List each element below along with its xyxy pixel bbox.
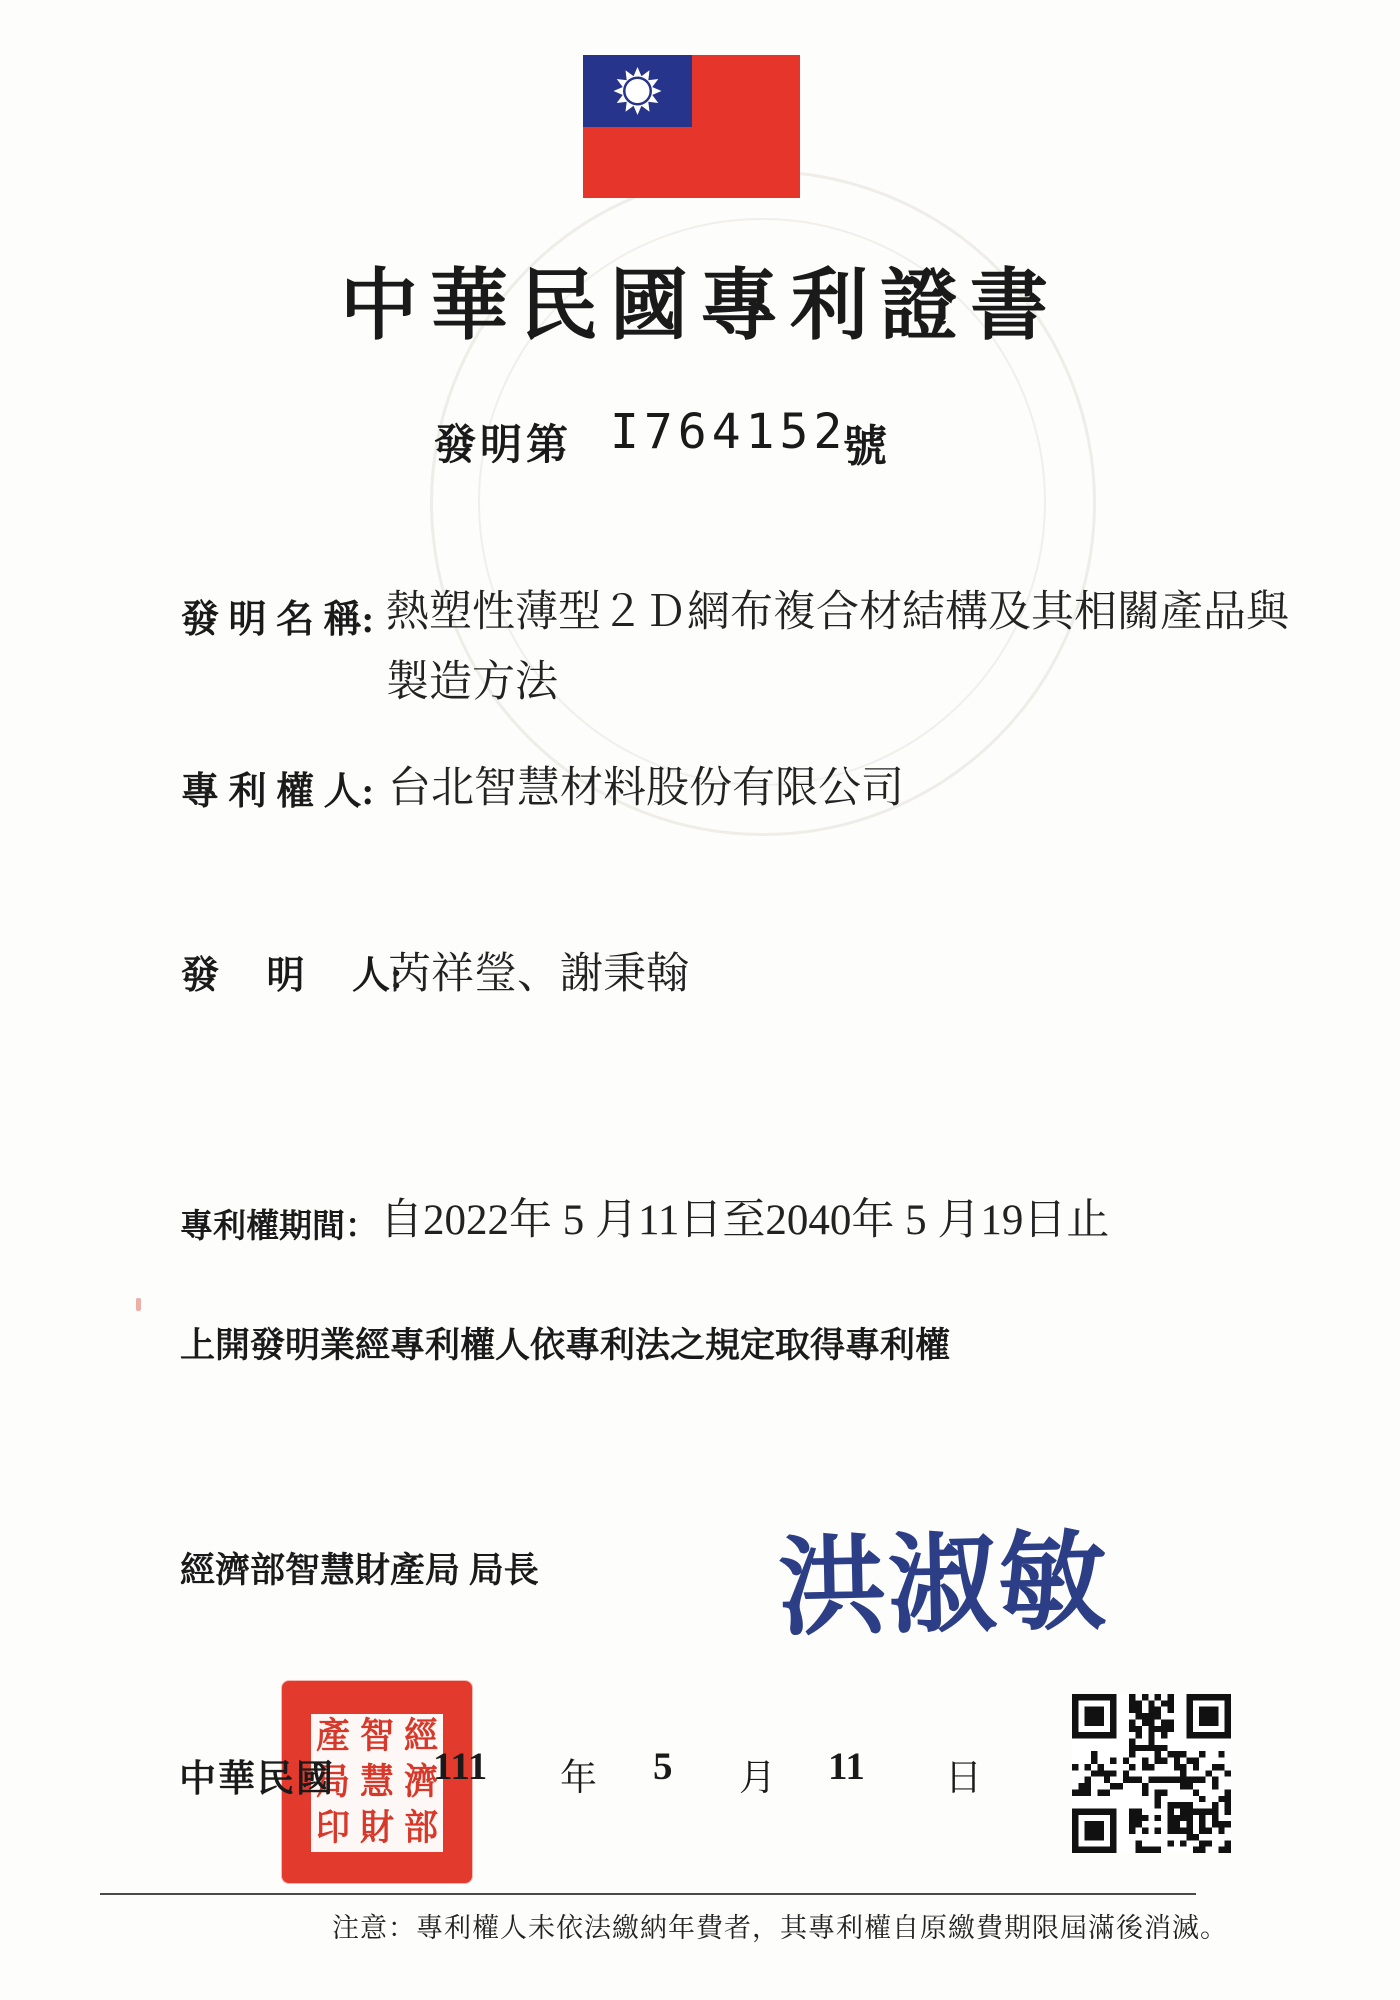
qr-code — [1072, 1694, 1231, 1853]
inventors-value: 芮祥瑩、謝秉翰 — [388, 940, 689, 1001]
invention-name-line2: 製造方法 — [386, 648, 1289, 718]
invention-name-label: 發 明 名 稱: — [181, 588, 374, 643]
scan-artifact — [136, 1298, 141, 1311]
issuing-office-title: 經濟部智慧財產局 局長 — [180, 1543, 539, 1593]
patent-term-label: 專利權期間： — [180, 1200, 378, 1247]
footer-note: 注意：專利權人未依法繳納年費者，其專利權自原繳費期限屆滿後消滅。 — [332, 1906, 1228, 1945]
patent-certificate-page: 中華民國專利證書 發明第 I764152 號 發 明 名 稱: 熱塑性薄型２Ｄ網… — [0, 0, 1400, 2000]
patent-number: I764152 — [610, 404, 847, 460]
date-day-unit: 日 — [945, 1747, 982, 1801]
taiwan-flag-icon — [583, 55, 800, 198]
date-era: 中華民國 — [179, 1748, 335, 1802]
patentee-label: 專 利 權 人: — [181, 760, 374, 815]
seal-character: 部 — [404, 1811, 438, 1847]
date-year: 111 — [433, 1744, 487, 1789]
director-general-signature: 洪淑敏 — [776, 1495, 1109, 1657]
date-year-unit: 年 — [560, 1747, 597, 1801]
seal-character: 印 — [316, 1811, 350, 1847]
date-day: 11 — [828, 1744, 865, 1789]
seal-character: 財 — [360, 1811, 394, 1847]
flag-canton — [583, 55, 692, 127]
date-month-unit: 月 — [739, 1747, 776, 1801]
date-month: 5 — [653, 1744, 673, 1789]
patent-number-prefix: 發明第 — [434, 412, 572, 472]
flag-sun-icon — [583, 55, 692, 127]
patent-number-line: 發明第 I764152 號 — [0, 404, 1400, 464]
footer-divider — [100, 1893, 1196, 1895]
certificate-title: 中華民國專利證書 — [0, 243, 1400, 355]
invention-name-line1: 熱塑性薄型２Ｄ網布複合材結構及其相關產品與 — [386, 578, 1289, 648]
grant-statement: 上開發明業經專利權人依專利法之規定取得專利權 — [180, 1318, 950, 1368]
invention-name-value: 熱塑性薄型２Ｄ網布複合材結構及其相關產品與 製造方法 — [386, 578, 1289, 718]
patent-number-suffix: 號 — [843, 410, 887, 474]
patentee-value: 台北智慧材料股份有限公司 — [388, 754, 904, 815]
inventors-label: 發 明 人: — [181, 944, 403, 999]
patent-term-value: 自2022年 5 月11日至2040年 5 月19日止 — [380, 1186, 1109, 1247]
